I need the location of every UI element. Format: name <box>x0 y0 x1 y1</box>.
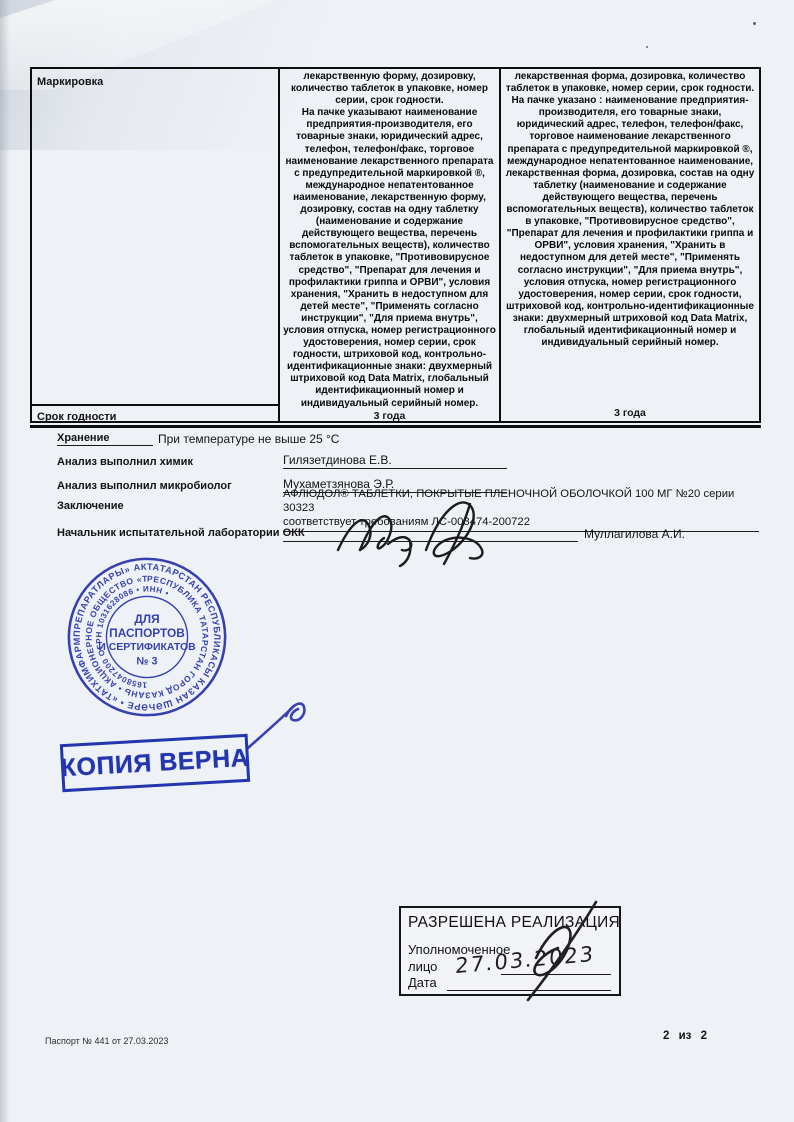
lab-head-label: Начальник испытательной лаборатории ОКК <box>57 527 305 539</box>
stamp-center-line3: И СЕРТИФИКАТОВ <box>98 642 196 653</box>
microbiologist-label: Анализ выполнил микробиолог <box>57 480 232 492</box>
marking-col2-body: На пачке указывают наименование предприя… <box>283 107 496 409</box>
shelf-value-col2: 3 года <box>283 410 496 421</box>
table-cell-shelf-label: Срок годности <box>32 404 278 421</box>
stamp-center-line2: ПАСПОРТОВ <box>109 626 185 640</box>
table-cell-marking-col2: лекарственную форму, дозировку, количест… <box>278 69 499 421</box>
shelf-row-label: Срок годности <box>37 411 116 421</box>
shelf-value-col3: 3 года <box>504 407 756 419</box>
scan-edge-left <box>0 0 10 1122</box>
marking-row-label: Маркировка <box>37 76 103 88</box>
scan-speck <box>753 22 756 25</box>
footer-page-number: 2 из 2 <box>663 1030 707 1042</box>
chemist-label: Анализ выполнил химик <box>57 456 193 468</box>
stamp-center-line4: № 3 <box>136 656 157 668</box>
table-cell-marking-col3: лекарственная форма, дозировка, количест… <box>499 69 759 421</box>
scan-speck <box>646 46 648 48</box>
date-label: Дата <box>408 975 437 990</box>
footer-passport-number: Паспорт № 441 от 27.03.2023 <box>45 1036 168 1046</box>
release-signature <box>478 896 628 1004</box>
storage-underline <box>108 431 153 446</box>
spec-table: Маркировка Срок годности лекарственную ф… <box>30 67 761 423</box>
copy-stamp: КОПИЯ ВЕРНА <box>60 734 250 792</box>
round-stamp: ТАТАРСТАН РЕСПУБЛИКАСЫ КАЗАН ШӘҺӘРЕ • «Т… <box>56 548 238 726</box>
marking-col3-body: На пачке указано : наименование предприя… <box>504 95 756 349</box>
copy-stamp-text: КОПИЯ ВЕРНА <box>60 743 250 782</box>
lab-head-signature <box>330 494 570 566</box>
marking-col2-intro: лекарственную форму, дозировку, количест… <box>283 71 496 107</box>
storage-value: При температуре не выше 25 °C <box>158 432 339 446</box>
chemist-value: Гилязетдинова Е.В. <box>283 453 507 469</box>
authorized-person-label-line2: лицо <box>408 959 437 974</box>
table-bottom-rule <box>30 425 761 428</box>
stamp-center-line1: ДЛЯ <box>134 612 159 626</box>
conclusion-label: Заключение <box>57 500 124 512</box>
table-cell-marking-label: Маркировка <box>32 69 278 404</box>
marking-col3-intro: лекарственная форма, дозировка, количест… <box>504 71 756 95</box>
storage-label: Хранение <box>57 432 109 444</box>
copy-signature <box>240 694 332 756</box>
lab-head-name: Муллагилова А.И. <box>584 527 685 541</box>
